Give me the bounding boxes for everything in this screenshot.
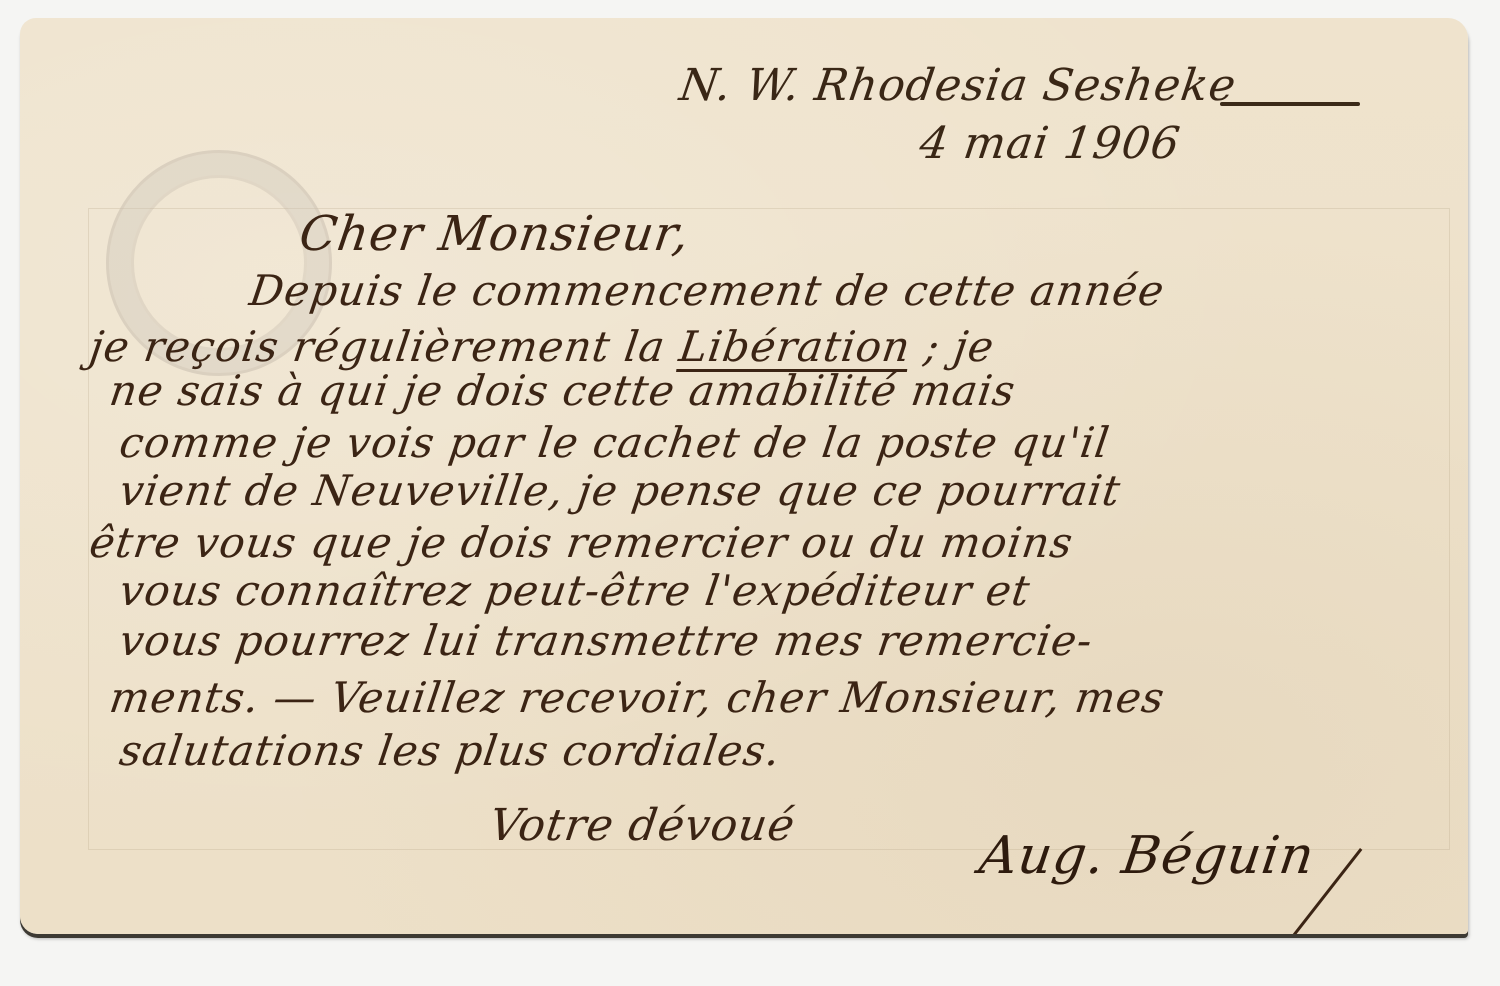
body-line-8: vous pourrez lui transmettre mes remerci… bbox=[117, 616, 1096, 665]
signature: Aug. Béguin bbox=[976, 826, 1319, 886]
body-line-2: je reçois régulièrement la Libération ; … bbox=[87, 322, 998, 371]
body-line-2-text: je reçois régulièrement la Libération ; … bbox=[87, 322, 998, 371]
place-header: N. W. Rhodesia Sesheke bbox=[676, 60, 1239, 111]
date-header: 4 mai 1906 bbox=[916, 118, 1183, 169]
underlined-word: Libération bbox=[676, 322, 914, 371]
postcard: N. W. Rhodesia Sesheke 4 mai 1906 Cher M… bbox=[20, 18, 1468, 934]
body-line-3: ne sais à qui je dois cette amabilité ma… bbox=[107, 366, 1019, 415]
body-line-7: vous connaîtrez peut-être l'expéditeur e… bbox=[117, 566, 1034, 615]
body-line-6: être vous que je dois remercier ou du mo… bbox=[87, 518, 1077, 567]
closing: Votre dévoué bbox=[486, 800, 798, 851]
body-line-4: comme je vois par le cachet de la poste … bbox=[117, 418, 1113, 467]
salutation: Cher Monsieur, bbox=[296, 206, 693, 262]
scan-background: N. W. Rhodesia Sesheke 4 mai 1906 Cher M… bbox=[0, 0, 1500, 986]
body-line-5: vient de Neuveville, je pense que ce pou… bbox=[117, 466, 1124, 515]
body-line-10: salutations les plus cordiales. bbox=[117, 726, 784, 775]
place-underline-stroke bbox=[1220, 102, 1360, 106]
body-line-1: Depuis le commencement de cette année bbox=[247, 266, 1168, 315]
body-line-9: ments. — Veuillez recevoir, cher Monsieu… bbox=[107, 673, 1169, 722]
